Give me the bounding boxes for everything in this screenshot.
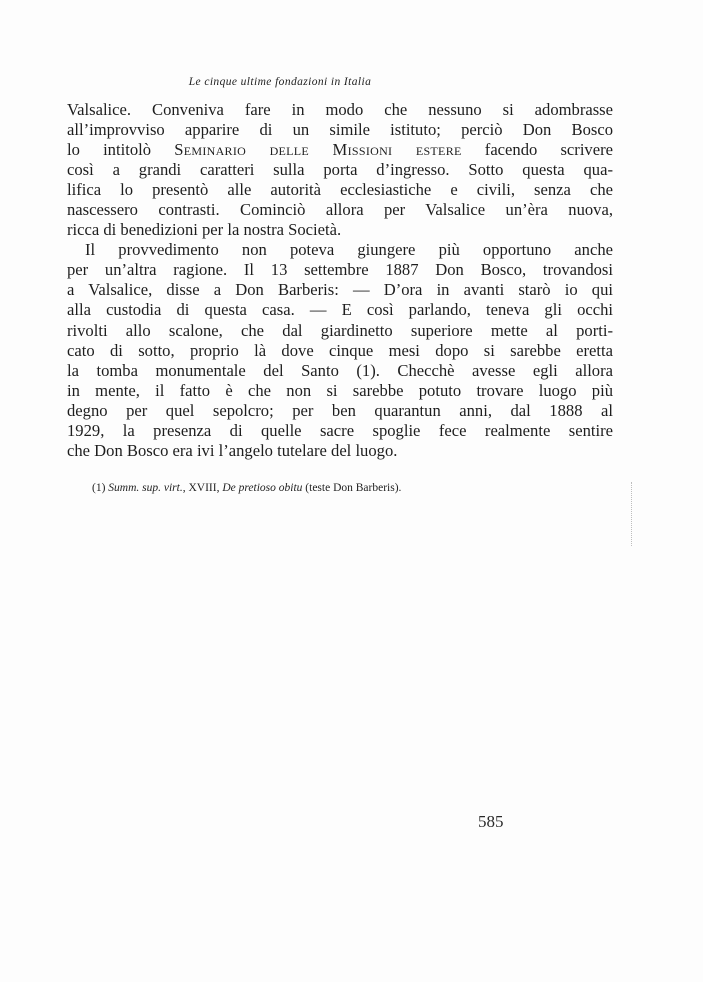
text-line: rivolti allo scalone, che dal giardinett… <box>67 321 613 341</box>
text-line: degno per quel sepolcro; per ben quarant… <box>67 401 613 421</box>
running-head: Le cinque ultime fondazioni in Italia <box>0 76 560 88</box>
text-line: la tomba monumentale del Santo (1). Chec… <box>67 361 613 381</box>
text-line: nascessero contrasti. Cominciò allora pe… <box>67 200 613 220</box>
text-line: che Don Bosco era ivi l’angelo tutelare … <box>67 441 613 461</box>
text-line: Il provvedimento non poteva giungere più… <box>67 240 613 260</box>
text-line: lifica lo presentò alle autorità ecclesi… <box>67 180 613 200</box>
page-number: 585 <box>478 812 504 832</box>
text-line: per un’altra ragione. Il 13 settembre 18… <box>67 260 613 280</box>
text-line: ricca di benedizioni per la nostra Socie… <box>67 220 613 240</box>
text-fragment: facendo scrivere <box>462 140 613 159</box>
text-line: a Valsalice, disse a Don Barberis: — D’o… <box>67 280 613 300</box>
footnote-source: Summ. sup. virt. <box>108 482 182 494</box>
text-line: così a grandi caratteri sulla porta d’in… <box>67 160 613 180</box>
text-line: in mente, il fatto è che non si sarebbe … <box>67 381 613 401</box>
scan-edge-mark <box>631 482 632 546</box>
text-line: 1929, la presenza di quelle sacre spogli… <box>67 421 613 441</box>
footnote-title: De pretioso obitu <box>222 482 302 494</box>
text-fragment: lo intitolò <box>67 140 174 159</box>
footnote-marker: (1) <box>92 482 105 494</box>
text-line: alla custodia di questa casa. — E così p… <box>67 300 613 320</box>
text-line: cato di sotto, proprio là dove cinque me… <box>67 341 613 361</box>
body-text: Valsalice. Conveniva fare in modo che ne… <box>67 100 613 461</box>
small-caps-title: Seminario delle Missioni estere <box>174 140 461 159</box>
footnote-note: (teste Don Barberis). <box>302 482 401 494</box>
footnote: (1) Summ. sup. virt., XVIII, De pretioso… <box>92 482 612 494</box>
text-line: lo intitolò Seminario delle Missioni est… <box>67 140 613 160</box>
footnote-volume: , XVIII, <box>183 482 223 494</box>
document-page: Le cinque ultime fondazioni in Italia Va… <box>0 0 703 982</box>
text-line: all’improvviso apparire di un simile ist… <box>67 120 613 140</box>
text-line: Valsalice. Conveniva fare in modo che ne… <box>67 100 613 120</box>
